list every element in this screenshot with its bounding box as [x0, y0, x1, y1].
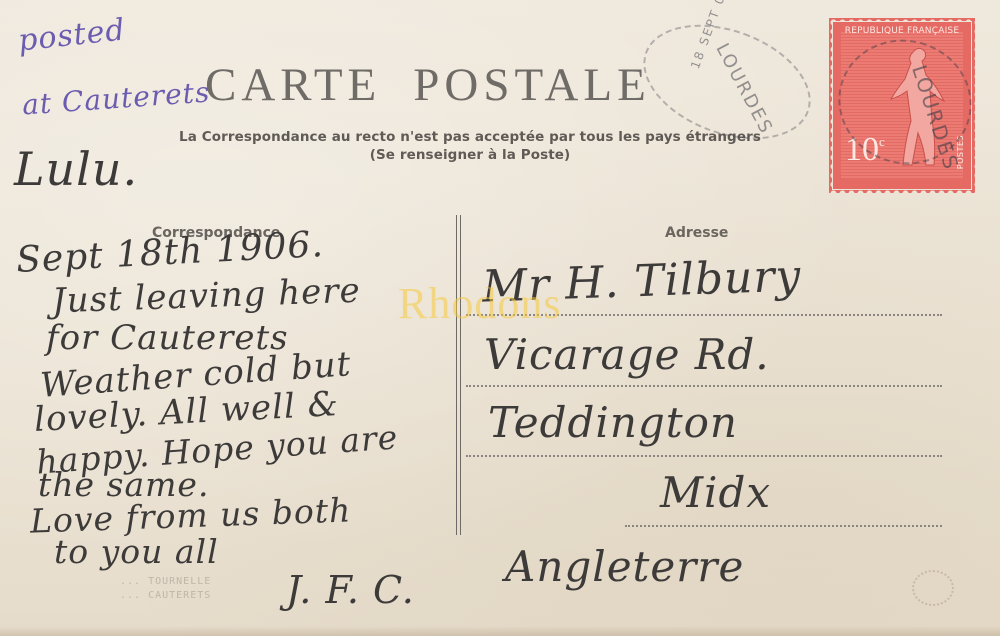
title-word-carte: CARTE — [205, 59, 381, 111]
postal-notice: La Correspondance au recto n'est pas acc… — [140, 128, 800, 164]
address-line-4: Midx — [660, 468, 771, 517]
faint-printed-caption: ... TOURNELLE ... CAUTERETS — [120, 575, 211, 603]
postcard-back: CARTEPOSTALE La Correspondance au recto … — [0, 0, 1000, 636]
message-line-9: to you all — [54, 532, 219, 571]
stamp-country: REPUBLIQUE FRANÇAISE — [841, 26, 963, 36]
address-line-5: Angleterre — [505, 542, 744, 591]
signature: J. F. C. — [286, 568, 415, 612]
faint-circle-mark — [912, 570, 954, 606]
address-line-2: Vicarage Rd. — [484, 330, 770, 379]
rhodons-watermark: Rhodons — [398, 278, 561, 329]
notice-line-1: La Correspondance au recto n'est pas acc… — [140, 128, 800, 146]
address-rule-2 — [466, 385, 942, 387]
center-divider — [456, 215, 461, 535]
notice-line-2: (Se renseigner à la Poste) — [140, 146, 800, 164]
address-label: Adresse — [665, 225, 728, 241]
address-rule-4 — [625, 525, 942, 527]
address-rule-3 — [466, 455, 942, 457]
address-line-3: Teddington — [488, 398, 738, 447]
posted-annotation-line-1: posted — [16, 12, 127, 58]
message-line-2: Just leaving here — [51, 271, 361, 322]
card-title: CARTEPOSTALE — [205, 58, 651, 112]
posted-annotation-line-2: at Cauterets — [21, 75, 211, 121]
title-word-postale: POSTALE — [413, 59, 651, 111]
salutation: Lulu. — [14, 142, 138, 196]
